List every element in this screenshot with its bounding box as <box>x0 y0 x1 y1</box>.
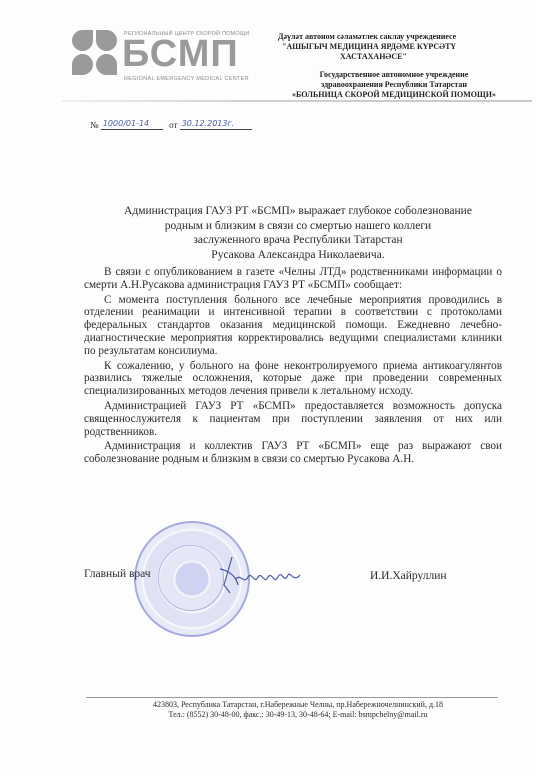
logo-main-text: БСМП <box>122 34 239 74</box>
org-tatar-line2: "АШЫГЫЧ МЕДИЦИНА ЯРДӘМЕ КҮРСӘТҮ <box>278 42 456 52</box>
paragraph: В связи с опубликованием в газете «Челны… <box>84 266 502 292</box>
title-line2: родным и близким в связи со смертью наше… <box>96 219 500 234</box>
footer-phone-email: Тел.: (8552) 30-48-00, факс.: 30-49-13, … <box>96 710 500 719</box>
org-name-russian: Государственное автономное учреждение зд… <box>278 70 510 100</box>
leaf-icon <box>72 54 93 75</box>
condolence-title: Администрация ГАУЗ РТ «БСМП» выражает гл… <box>96 204 500 262</box>
org-russian-line1: Государственное автономное учреждение <box>278 70 510 80</box>
leaf-icon <box>96 30 117 51</box>
paragraph: Администрацией ГАУЗ РТ «БСМП» предоставл… <box>84 400 502 438</box>
title-line3: заслуженного врача Республики Татарстан <box>96 233 500 248</box>
org-tatar-line1: Дәүләт автоном сәламәтлек саклау учрежде… <box>278 32 456 42</box>
org-name-tatar: Дәүләт автоном сәламәтлек саклау учрежде… <box>278 32 456 62</box>
paragraph: Администрация и коллектив ГАУЗ РТ «БСМП»… <box>84 440 502 466</box>
bsmp-logo: РЕГИОНАЛЬНЫЙ ЦЕНТР СКОРОЙ ПОМОЩИ БСМП RE… <box>72 30 272 88</box>
header-divider <box>62 100 532 102</box>
number-field: 1000/01-14 <box>101 118 163 130</box>
number-label: № <box>90 120 99 130</box>
leaf-icon <box>96 54 117 75</box>
date-field: 30.12.2013г. <box>180 118 252 130</box>
org-russian-line2: здравоохранения Республики Татарстан <box>278 80 510 90</box>
org-tatar-line3: ХАСТАХАНӘСЕ" <box>278 52 456 62</box>
logo-bottom-text: REGIONAL EMERGENCY MEDICAL CENTER <box>124 76 249 82</box>
date-label: от <box>169 120 177 130</box>
letter-body: В связи с опубликованием в газете «Челны… <box>84 266 502 468</box>
paragraph: К сожалению, у больного на фоне неконтро… <box>84 360 502 398</box>
signatory-role: Главный врач <box>84 568 151 580</box>
title-line1: Администрация ГАУЗ РТ «БСМП» выражает гл… <box>96 204 500 219</box>
org-russian-line3: «БОЛЬНИЦА СКОРОЙ МЕДИЦИНСКОЙ ПОМОЩИ» <box>278 90 510 100</box>
number-value: 1000/01-14 <box>103 119 149 128</box>
registration-line: № 1000/01-14 от 30.12.2013г. <box>90 118 252 130</box>
paragraph: С момента поступления больного все лечеб… <box>84 294 502 358</box>
footer-divider <box>86 697 498 698</box>
footer-address: 423803, Республика Татарстан, г.Набережн… <box>96 700 500 710</box>
signatory-name: И.И.Хайруллин <box>370 570 447 582</box>
date-value: 30.12.2013г. <box>182 119 235 128</box>
leaf-icon <box>72 30 93 51</box>
letter-page: РЕГИОНАЛЬНЫЙ ЦЕНТР СКОРОЙ ПОМОЩИ БСМП RE… <box>0 0 536 776</box>
footer-contacts: 423803, Республика Татарстан, г.Набережн… <box>96 700 500 719</box>
title-line4: Русакова Александра Николаевича. <box>96 248 500 263</box>
handwritten-signature-icon <box>210 555 310 595</box>
